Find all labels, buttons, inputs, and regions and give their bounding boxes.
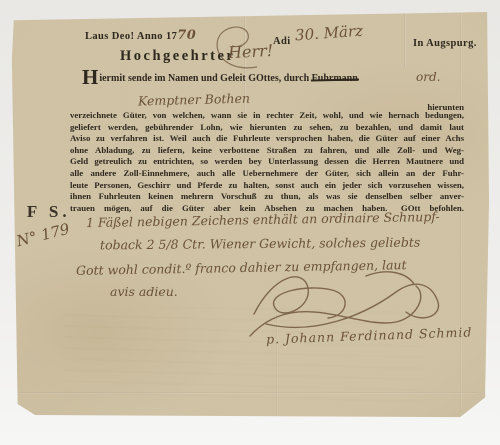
body-line: geliefert werden, gebührender Lohn, wie … bbox=[70, 122, 464, 134]
document-paper: Laus Deo! Anno 1770 Adi 30. März In Augs… bbox=[8, 12, 490, 422]
paper-crease bbox=[18, 392, 478, 394]
salutation-printed: Hochgeehrter bbox=[120, 48, 235, 65]
header-laus-deo: Laus Deo! Anno 1770 bbox=[85, 28, 196, 43]
adi-label: Adi bbox=[273, 36, 291, 47]
year-handwritten: 70 bbox=[177, 28, 196, 43]
paper-crease bbox=[404, 12, 406, 67]
margin-initials: I F S. bbox=[8, 202, 71, 222]
goods-line: avis adieu. bbox=[110, 284, 178, 299]
body-line: Aviso zu verfahren ist. Weil auch die Fu… bbox=[70, 133, 464, 145]
body-line: alle andere Zoll-Einnehmere, auch alle U… bbox=[70, 168, 464, 180]
body-line: ohne Abladung, zu liefern, keine verbott… bbox=[70, 145, 464, 157]
body-line: verzeichnete Güter, von welchen, wann si… bbox=[70, 110, 464, 122]
goods-line: toback 2 5/8 Ctr. Wiener Gewicht, solche… bbox=[100, 235, 420, 253]
date-handwritten: 30. März bbox=[294, 22, 363, 45]
printed-paragraph: verzeichnete Güter, von welchen, wann si… bbox=[70, 110, 464, 214]
margin-number-handwritten: N° 179 bbox=[15, 220, 72, 251]
intro-text: iermit sende im Namen und Geleit GOttes,… bbox=[99, 73, 311, 84]
body-line: ihnen Fuhrleuten keinen mehrern Vorschuß… bbox=[70, 191, 464, 203]
salutation-handwritten: Herr! bbox=[228, 41, 274, 62]
body-line: leute Personen, Geschirr und Pferde zu h… bbox=[70, 180, 464, 192]
ord-handwritten: ord. bbox=[416, 70, 440, 84]
body-line: Geld getreulich zu entrichten, so werden… bbox=[70, 156, 464, 168]
struck-word-fuhrmann: Fuhrmann bbox=[312, 73, 358, 84]
intro-line: Hiermit sende im Namen und Geleit GOttes… bbox=[82, 70, 358, 84]
laus-deo-text: Laus Deo! Anno 17 bbox=[85, 31, 177, 42]
carrier-handwritten-insert: Kemptner Bothen bbox=[138, 91, 250, 109]
intro-dropcap: H bbox=[82, 65, 98, 89]
place-label: In Augspurg. bbox=[413, 38, 477, 49]
